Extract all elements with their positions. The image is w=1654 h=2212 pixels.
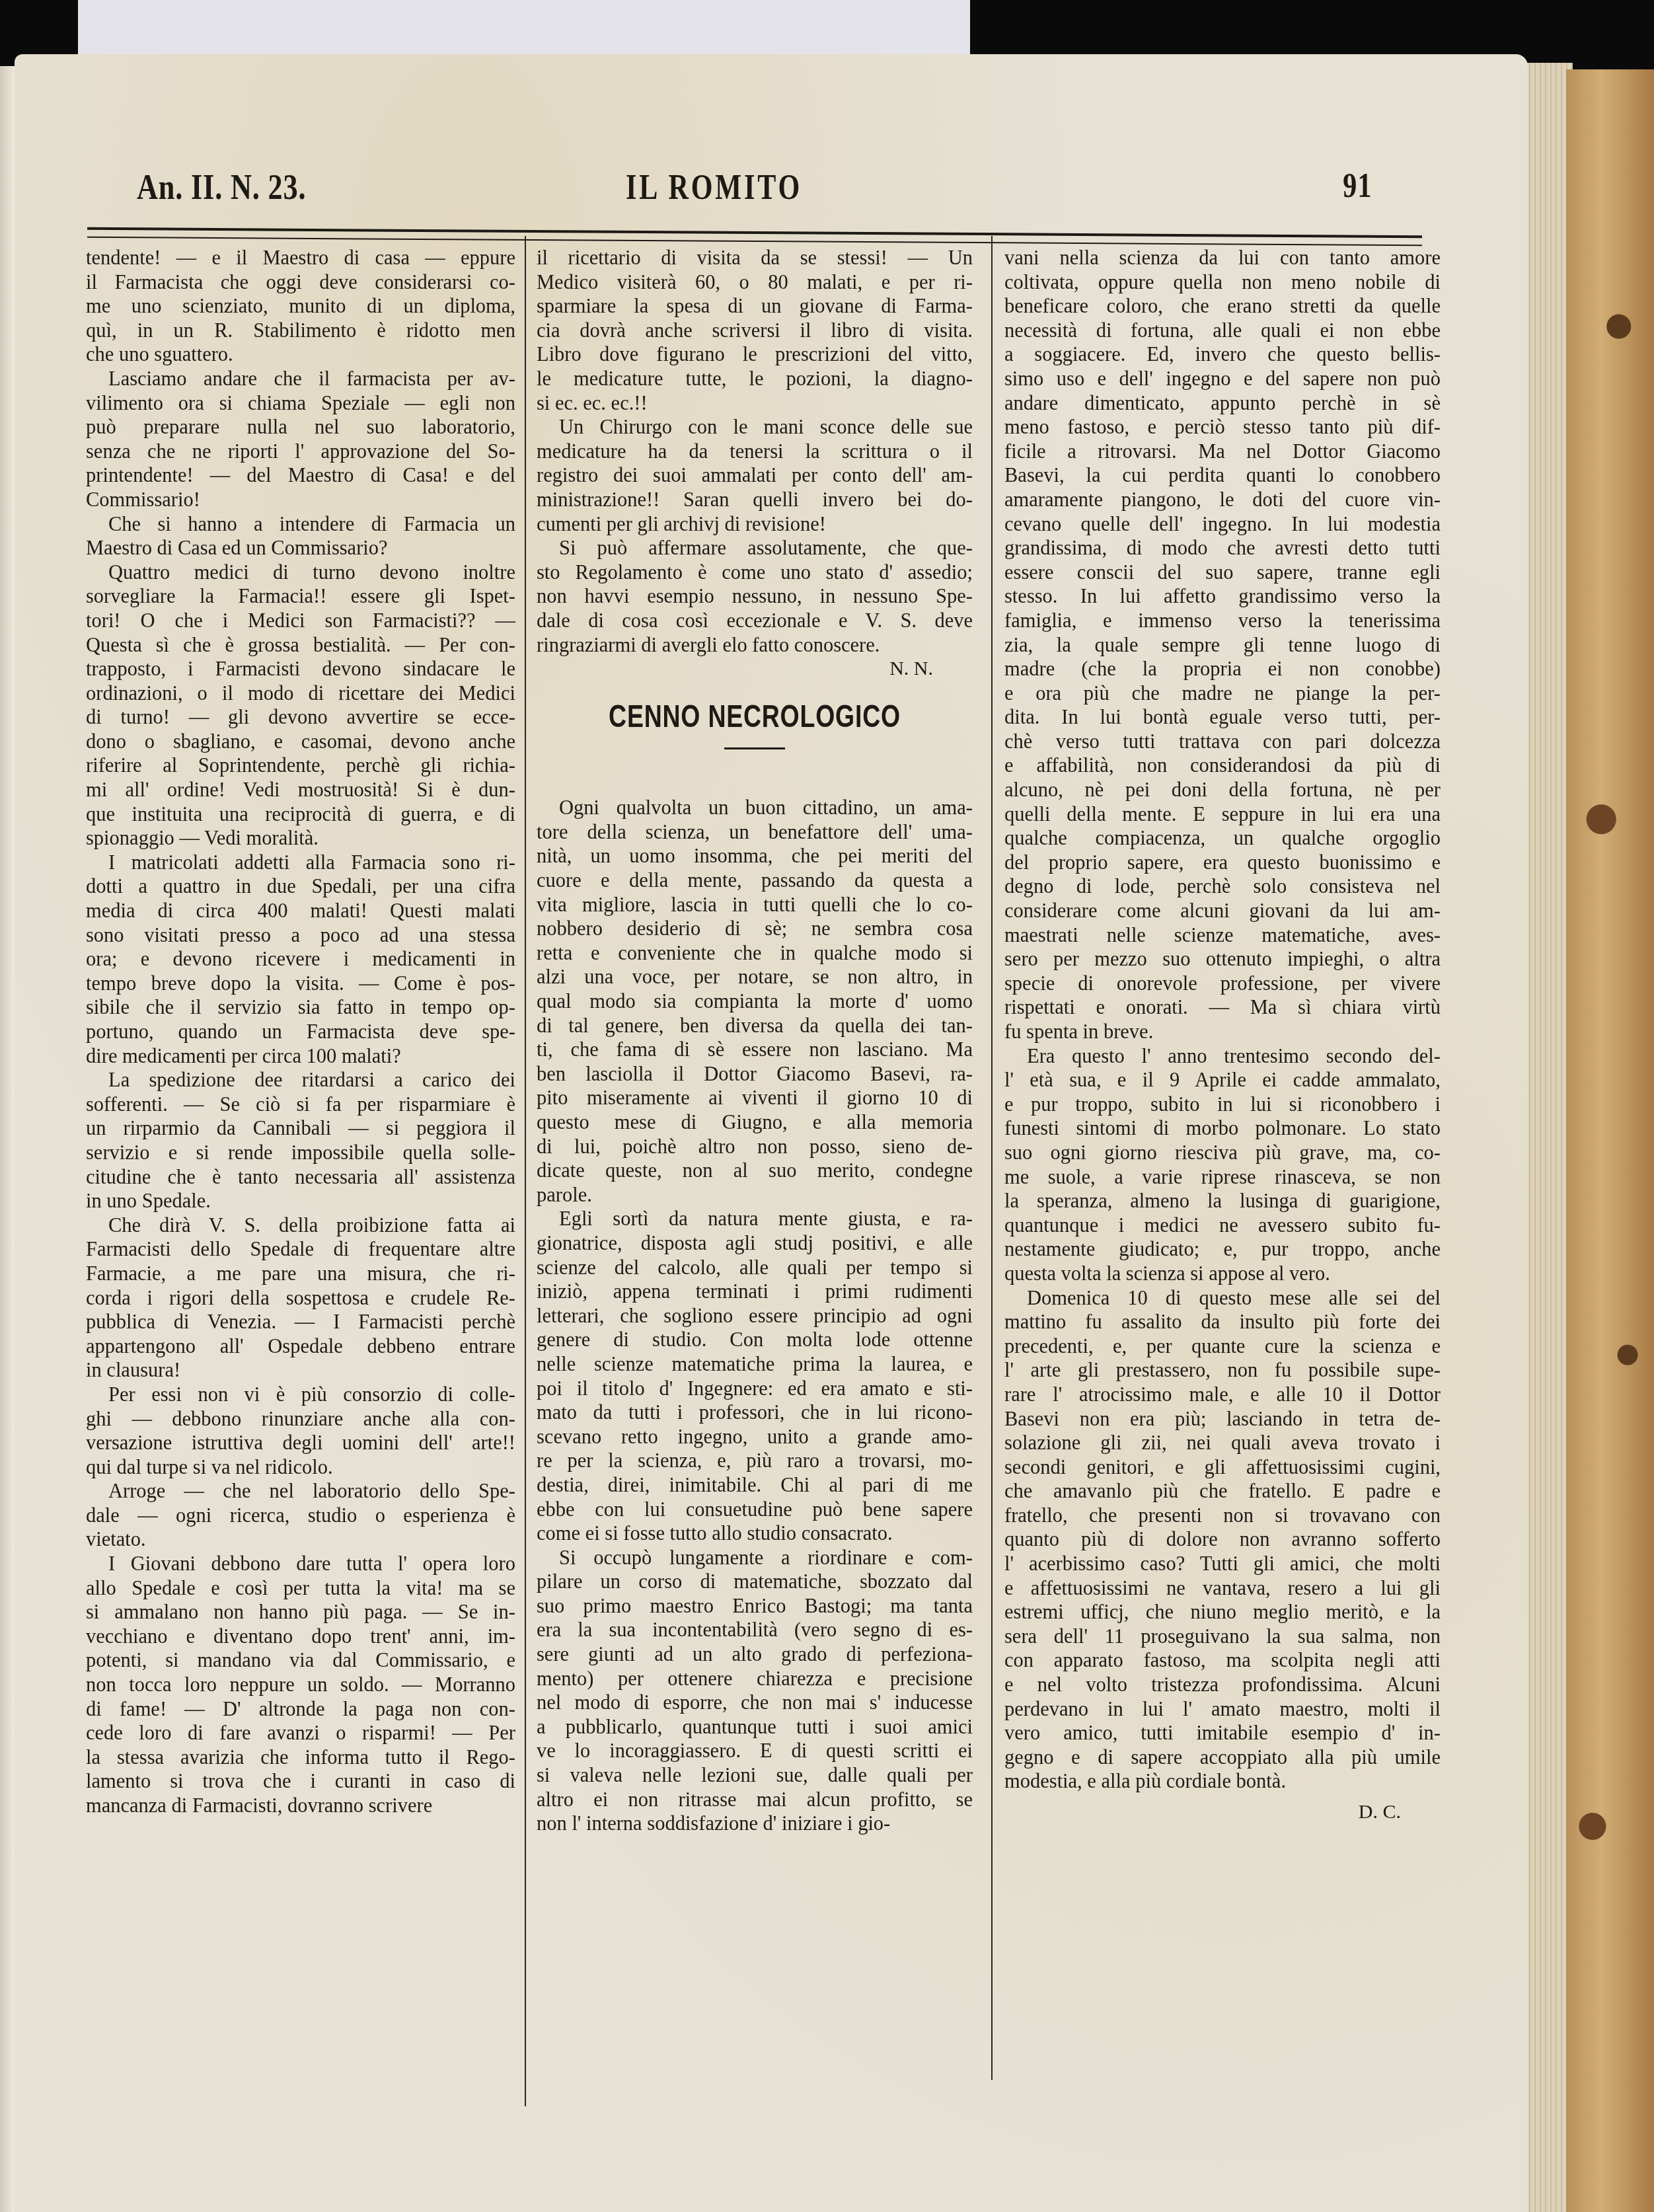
text-line: ben lasciolla il Dottor Giacomo Basevi, … (537, 1062, 973, 1087)
text-line: scevano retto ingegno, unito a grande am… (537, 1425, 973, 1449)
paragraph: I matricolati addetti alla Farmacia sono… (86, 851, 515, 1068)
paragraph: Era questo l' anno trentesimo secondo de… (1004, 1044, 1441, 1286)
letter-signature: N. N. (537, 657, 973, 681)
text-line: coltivata, oppure quella non meno nobile… (1004, 270, 1441, 295)
book-binding (1566, 69, 1654, 2212)
text-line: portuno, quando un Farmacista deve spe- (86, 1020, 515, 1044)
text-line: Basevi, la cui perdita quanti lo conobbe… (1004, 463, 1441, 488)
text-line: ve lo incoraggiassero. E di questi scrit… (537, 1739, 973, 1763)
text-line: appartengono all' Ospedale debbeno entra… (86, 1334, 515, 1359)
page-stack-edges (1520, 63, 1573, 2212)
heading-rule (724, 747, 785, 749)
column-middle: il ricettario di visita da se stessi! — … (537, 246, 973, 1836)
text-line: trapposto, i Farmacisti devono sindacare… (86, 657, 515, 681)
text-line: ghi — debbono rinunziare anche alla con- (86, 1407, 515, 1431)
text-line: chè verso tutti trattava con pari dolcez… (1004, 730, 1441, 754)
text-line: sparmiare la spesa di un giovane di Farm… (537, 294, 973, 319)
text-line: stesso. In lui affetto grandissimo verso… (1004, 584, 1441, 609)
paragraph: tendente! — e il Maestro di casa — eppur… (86, 246, 515, 367)
text-line: la stessa avarizia che informa tutto il … (86, 1745, 515, 1770)
text-line: perdevano in lui l' amato maestro, molti… (1004, 1697, 1441, 1722)
text-line: vani nella scienza da lui con tanto amor… (1004, 246, 1441, 270)
text-line: di lui, poichè altro non posso, sieno de… (537, 1135, 973, 1159)
obituary-body: Ogni qualvolta un buon cittadino, un ama… (537, 796, 973, 1836)
text-line: lamento si trova che i curanti in caso d… (86, 1769, 515, 1794)
text-line: la speranza, almeno la lusinga di guarig… (1004, 1189, 1441, 1213)
text-line: sero per mezzo suo ottenuto impieghi, o … (1004, 947, 1441, 972)
text-line: sto Regolamento è come uno stato d' asse… (537, 560, 973, 585)
text-line: altro ei non ritrasse mai alcun profitto… (537, 1788, 973, 1812)
text-line: nità, un uomo insomma, che pei meriti de… (537, 844, 973, 868)
text-line: me uno scienziato, munito di un diploma, (86, 294, 515, 319)
paragraph: Lasciamo andare che il farmacista per av… (86, 367, 515, 512)
text-line: dita. In lui bontà eguale verso tutti, p… (1004, 705, 1441, 730)
header-double-rule (87, 227, 1422, 246)
text-line: beneficare coloro, che erano stretti da … (1004, 294, 1441, 319)
paragraph: I Giovani debbono dare tutta l' opera lo… (86, 1552, 515, 1818)
text-line: in clausura! (86, 1358, 515, 1383)
text-line: que instituita una reciprocità di guerra… (86, 802, 515, 827)
text-line: l' arte gli prestassero, non fu possibil… (1004, 1358, 1441, 1383)
text-line: retta e conveniente che in qualche modo … (537, 941, 973, 966)
text-line: Commissario! (86, 488, 515, 512)
text-line: andare dimenticato, appunto perchè in sè (1004, 391, 1441, 416)
text-line: essere conscii del suo sapere, tranne eg… (1004, 560, 1441, 585)
text-line: Basevi non era più; lasciando in tetra d… (1004, 1407, 1441, 1431)
text-line: madre (che la propria ei non conobbe) (1004, 657, 1441, 681)
text-line: di tal genere, ben diversa da quella dei… (537, 1014, 973, 1038)
text-line: mi all' ordine! Vedi mostruosità! Si è d… (86, 778, 515, 802)
paragraph: Un Chirurgo con le mani sconce delle sue… (537, 415, 973, 536)
text-line: l' età sua, e il 9 Aprile ei cadde ammal… (1004, 1068, 1441, 1092)
text-line: medicature ha da tenersi la scrittura o … (537, 439, 973, 464)
paragraph: Egli sortì da natura mente giusta, e ra-… (537, 1207, 973, 1545)
paragraph: Per essi non vi è più consorzio di colle… (86, 1383, 515, 1479)
letter-conclusion: il ricettario di visita da se stessi! — … (537, 246, 973, 657)
text-line: tempo breve dopo la visita. — Come è pos… (86, 972, 515, 996)
text-line: specie di onorevole professione, per viv… (1004, 972, 1441, 996)
text-line: La spedizione dee ritardarsi a carico de… (86, 1068, 515, 1092)
text-line: l' acerbissimo caso? Tutti gli amici, ch… (1004, 1552, 1441, 1576)
page-number: 91 (1343, 167, 1372, 206)
text-line: Che dirà V. S. della proibizione fatta a… (86, 1213, 515, 1238)
text-line: vita migliore, lascia in tutti quelli ch… (537, 893, 973, 917)
text-line: precedenti, e, per quante cure la scienz… (1004, 1334, 1441, 1359)
text-line: sere giunti ad un alto grado di perfezio… (537, 1642, 973, 1667)
text-line: meno fastoso, e perciò stesso tanto più … (1004, 415, 1441, 439)
text-line: qualche compiacenza, un qualche orgoglio (1004, 826, 1441, 851)
text-line: solazione gli zii, nei quali aveva trova… (1004, 1431, 1441, 1455)
text-line: Domenica 10 di questo mese alle sei del (1004, 1286, 1441, 1311)
text-line: un rirparmio da Cannibali — si peggiora … (86, 1116, 515, 1141)
text-line: Libro dove figurano le prescrizioni del … (537, 342, 973, 367)
text-line: tendente! — e il Maestro di casa — eppur… (86, 246, 515, 270)
text-line: cuore e della mente, passando da questa … (537, 868, 973, 893)
column-divider-right (991, 236, 993, 2080)
text-line: tore della scienza, un benefattore dell'… (537, 820, 973, 845)
newspaper-page: An. II. N. 23. IL ROMITO 91 tendente! — … (15, 54, 1528, 2212)
text-line: iniziò, appena terminati i primi rudimen… (537, 1279, 973, 1304)
previous-page-edge (0, 66, 15, 2212)
text-line: vero amico, tutti imitabile esempio d' i… (1004, 1721, 1441, 1745)
text-line: si valeva nelle lezioni sue, dalle quali… (537, 1763, 973, 1788)
column-left: tendente! — e il Maestro di casa — eppur… (86, 246, 515, 1818)
text-line: ebbe con lui consuetudine può bene saper… (537, 1498, 973, 1522)
text-line: di fame! — D' altronde la paga non con- (86, 1697, 515, 1722)
text-line: spionaggio — Vedi moralità. (86, 826, 515, 851)
masthead: An. II. N. 23. IL ROMITO 91 (137, 167, 1392, 213)
paragraph: Che si hanno a intendere di Farmacia unM… (86, 512, 515, 560)
text-line: famiglia, e immenso verso la tenerissima (1004, 609, 1441, 633)
text-line: Un Chirurgo con le mani sconce delle sue (537, 415, 973, 439)
text-line: cumenti per gli archivj di revisione! (537, 512, 973, 537)
text-line: con apparato fastoso, ma scolpita negli … (1004, 1648, 1441, 1673)
text-line: fu spenta in breve. (1004, 1020, 1441, 1044)
text-line: ministrazione!! Saran quelli invero bei … (537, 488, 973, 512)
text-line: quantunque i medici ne avessero subito f… (1004, 1213, 1441, 1238)
text-line: gegno e di sapere accoppiato alla più um… (1004, 1745, 1441, 1770)
text-line: allo Spedale e così per tutta la vita! m… (86, 1576, 515, 1601)
text-line: dotti a quattro in due Spedali, per una … (86, 874, 515, 899)
text-line: dale — ogni ricerca, studio o esperienza… (86, 1504, 515, 1528)
obituary-continuation: vani nella scienza da lui con tanto amor… (1004, 246, 1441, 1794)
text-line: pilare un corso di matematiche, sbozzato… (537, 1570, 973, 1594)
text-line: il ricettario di visita da se stessi! — … (537, 246, 973, 270)
text-line: Farmacisti dello Spedale di frequentare … (86, 1237, 515, 1262)
text-line: questa volta la scienza si appose al ver… (1004, 1262, 1441, 1286)
text-line: pubblica di Venezia. — I Farmacisti perc… (86, 1310, 515, 1334)
text-line: le medicature tutte, le pozioni, la diag… (537, 367, 973, 391)
text-line: suo ogni giorno riesciva più grave, ma, … (1004, 1141, 1441, 1165)
text-line: il Farmacista che oggi deve considerarsi… (86, 270, 515, 295)
text-line: maestrati nelle scienze matematiche, ave… (1004, 923, 1441, 948)
text-line: mato da tutti i professori, che in lui r… (537, 1400, 973, 1425)
text-line: riferire al Soprintendente, perchè gli r… (86, 753, 515, 778)
text-line: alzi una voce, per notare, se non altro,… (537, 965, 973, 989)
text-line: ringraziarmi di avergli elo fatto conosc… (537, 633, 973, 658)
text-line: Era questo l' anno trentesimo secondo de… (1004, 1044, 1441, 1069)
text-line: sofferenti. — Se ciò si fa per risparmia… (86, 1092, 515, 1117)
obituary-signature: D. C. (1004, 1800, 1441, 1825)
text-line: dono o sbagliano, e casomai, devono anch… (86, 730, 515, 754)
text-line: modestia, e alla più cordiale bontà. (1004, 1769, 1441, 1794)
text-line: corda i rigori della sospettosa e crudel… (86, 1286, 515, 1311)
text-line: ti, che fama di sè essere non lasciano. … (537, 1038, 973, 1062)
paragraph: Arroge — che nel laboratorio dello Spe-d… (86, 1479, 515, 1552)
text-line: senza che ne riporti l' approvazione del… (86, 439, 515, 464)
text-line: servizio e si rende impossibile quella s… (86, 1141, 515, 1165)
text-line: Maestro di Casa ed un Commissario? (86, 536, 515, 560)
text-line: nelle scienze matematiche prima la laure… (537, 1352, 973, 1377)
text-line: nobbero desiderio di sè; ne sembra cosa (537, 917, 973, 941)
text-line: mattino fu assalito da insulto più forte… (1004, 1310, 1441, 1334)
text-line: estremi ufficj, che niuno meglio meritò,… (1004, 1600, 1441, 1624)
text-line: letterari, che sogliono essere principio… (537, 1304, 973, 1328)
text-line: Medico visiterà 60, o 80 malati, e per r… (537, 270, 973, 295)
text-line: che amavanlo più che fratello. E padre e (1004, 1479, 1441, 1504)
text-line: Che si hanno a intendere di Farmacia un (86, 512, 515, 537)
text-line: rare l' atrocissimo male, e alle 10 il D… (1004, 1383, 1441, 1407)
text-line: non l' interna soddisfazione d' iniziare… (537, 1812, 973, 1836)
paragraph: Si occupò lungamente a riordinare e com-… (537, 1546, 973, 1836)
column-divider-left (525, 236, 526, 2106)
text-line: rispettati e onorati. — Ma sì chiara vir… (1004, 995, 1441, 1020)
text-line: qui dal turpe si va nel ridicolo. (86, 1455, 515, 1480)
text-line: mancanza di Farmacisti, dovranno scriver… (86, 1794, 515, 1818)
text-line: Arroge — che nel laboratorio dello Spe- (86, 1479, 515, 1504)
column-right: vani nella scienza da lui con tanto amor… (1004, 246, 1441, 1825)
text-line: e affabilità, non considerandosi da più … (1004, 753, 1441, 778)
text-line: funesti sintomi di morbo polmonare. Lo s… (1004, 1116, 1441, 1141)
text-line: del proprio sapere, era questo buonissim… (1004, 851, 1441, 875)
text-line: dale di cosa così eccezionale e V. S. de… (537, 609, 973, 633)
text-line: può preparare nulla nel suo laboratorio, (86, 415, 515, 439)
text-line: Per essi non vi è più consorzio di colle… (86, 1383, 515, 1407)
text-line: non havvi esempio nessuno, in nessuno Sp… (537, 584, 973, 609)
paragraph: Domenica 10 di questo mese alle sei delm… (1004, 1286, 1441, 1794)
text-line: registro dei suoi ammalati per conto del… (537, 463, 973, 488)
text-line: cevano quelle dell' ingegno. In lui mode… (1004, 512, 1441, 537)
text-line: simo uso e dell' ingegno e del sapere no… (1004, 367, 1441, 391)
text-line: ficile a ritrovarsi. Ma nel Dottor Giaco… (1004, 439, 1441, 464)
text-line: tori! O che i Medici son Farmacisti?? — (86, 609, 515, 633)
text-line: potenti, si mandano via dal Commissario,… (86, 1648, 515, 1673)
text-line: necessità di fortuna, alle quali ei non … (1004, 319, 1441, 343)
text-line: sorvegliare la Farmacia!! essere gli Isp… (86, 584, 515, 609)
text-line: quanto più di dolore non avranno soffert… (1004, 1527, 1441, 1552)
newspaper-title: IL ROMITO (626, 167, 802, 208)
text-line: era la sua incontentabilità (vero segno … (537, 1618, 973, 1642)
text-line: mento) per ottenere chiarezza e precisio… (537, 1667, 973, 1691)
text-line: questo mese di Giugno, e alla memoria (537, 1110, 973, 1135)
text-line: quelli della mente. E seppure in lui era… (1004, 802, 1441, 827)
text-line: sera dell' 11 proseguivano la sua salma,… (1004, 1624, 1441, 1649)
text-line: vilimento ora si chiama Speziale — egli … (86, 391, 515, 416)
text-line: scienze del calcolo, alle quali per temp… (537, 1256, 973, 1280)
text-line: degno di lode, perchè solo consisteva ne… (1004, 874, 1441, 899)
text-line: e pur troppo, subito in lui si riconobbe… (1004, 1092, 1441, 1117)
text-line: e ora più che madre ne piange la per- (1004, 681, 1441, 706)
text-line: nel modo di esporre, che non mai s' indu… (537, 1691, 973, 1715)
text-line: non tocca loro neppure un soldo. — Morra… (86, 1673, 515, 1697)
text-line: me suole, a varie riprese rinasceva, se … (1004, 1165, 1441, 1190)
text-line: cede loro di fare avanzi o risparmi! — P… (86, 1721, 515, 1745)
text-line: cia dovrà anche scriversi il libro di vi… (537, 319, 973, 343)
text-line: Lasciamo andare che il farmacista per av… (86, 367, 515, 391)
text-line: Ogni qualvolta un buon cittadino, un ama… (537, 796, 973, 820)
text-line: citudine che è tanto necessaria all' ass… (86, 1165, 515, 1190)
text-line: media di circa 400 malati! Questi malati (86, 899, 515, 923)
paragraph: Si può affermare assolutamente, che que-… (537, 536, 973, 657)
text-line: parole. (537, 1183, 973, 1207)
text-line: alcuno, nè pei doni della fortuna, nè pe… (1004, 778, 1441, 802)
text-line: e affettuosissimi ne vantava, resero a l… (1004, 1576, 1441, 1601)
text-line: a pubblicarlo, quantunque tutti i suoi a… (537, 1715, 973, 1739)
text-line: Egli sortì da natura mente giusta, e ra- (537, 1207, 973, 1231)
text-line: fratello, che presenti non si trovavano … (1004, 1504, 1441, 1528)
text-line: genere di studio. Con molta lode ottenne (537, 1328, 973, 1352)
issue-number: An. II. N. 23. (137, 167, 306, 208)
text-line: poi il titolo d' Ingegnere: ed era amato… (537, 1377, 973, 1401)
text-line: re per la scienza, e, più raro a trovars… (537, 1449, 973, 1473)
paragraph: Quattro medici di turno devono inoltreso… (86, 560, 515, 851)
text-line: dire medicamenti per circa 100 malati? (86, 1044, 515, 1069)
text-line: I matricolati addetti alla Farmacia sono… (86, 851, 515, 875)
paragraph: La spedizione dee ritardarsi a carico de… (86, 1068, 515, 1213)
text-line: che uno sguattero. (86, 342, 515, 367)
text-line: come ei si fosse tutto allo studio consa… (537, 1521, 973, 1546)
text-line: Si può affermare assolutamente, che que- (537, 536, 973, 560)
text-line: grandissima, di modo che avresti detto t… (1004, 536, 1441, 560)
text-line: sono visitati presso a poco ad una stess… (86, 923, 515, 948)
text-line: vietato. (86, 1527, 515, 1552)
background-sheet (78, 0, 970, 63)
text-line: ora; e devono ricevere i medicamenti in (86, 947, 515, 972)
text-line: Quattro medici di turno devono inoltre (86, 560, 515, 585)
text-line: printendente! — del Maestro di Casa! e d… (86, 463, 515, 488)
text-line: a soggiacere. Ed, invero che questo bell… (1004, 342, 1441, 367)
text-line: quì, in un R. Stabilimento è ridotto men (86, 319, 515, 343)
text-line: suo primo maestro Enrico Bastogi; ma tan… (537, 1594, 973, 1619)
text-line: di turno! — gli devono avvertire se ecce… (86, 705, 515, 730)
text-line: si ammalano non hanno più paga. — Se in- (86, 1600, 515, 1624)
paragraph: Che dirà V. S. della proibizione fatta a… (86, 1213, 515, 1383)
text-line: considerare come alcuni giovani da lui a… (1004, 899, 1441, 923)
paragraph: vani nella scienza da lui con tanto amor… (1004, 246, 1441, 1044)
text-line: pito miseramente ai viventi il giorno 10… (537, 1086, 973, 1110)
text-line: in uno Spedale. (86, 1189, 515, 1213)
text-line: Questa sì che è grossa bestialità. — Per… (86, 633, 515, 658)
text-line: Si occupò lungamente a riordinare e com- (537, 1546, 973, 1570)
text-line: versazione istruttiva degli uomini dell'… (86, 1431, 515, 1455)
text-line: gionatrice, disposta agli studj positivi… (537, 1231, 973, 1256)
text-line: secondi genitori, e gli affettuosissimi … (1004, 1455, 1441, 1480)
text-line: amaramente piangono, le doti del cuore v… (1004, 488, 1441, 512)
paragraph: Ogni qualvolta un buon cittadino, un ama… (537, 796, 973, 1207)
paragraph: il ricettario di visita da se stessi! — … (537, 246, 973, 415)
text-line: Farmacie, a me pare una misura, che ri- (86, 1262, 515, 1286)
text-line: nestamente giudicato; e, pur troppo, anc… (1004, 1237, 1441, 1262)
text-line: vecchiano e diventano dopo trent' anni, … (86, 1624, 515, 1649)
section-heading: CENNO NECROLOGICO (585, 705, 925, 730)
text-line: sibile che il servizio sia fatto in temp… (86, 995, 515, 1020)
text-line: zia, la quale sempre gli tenne luogo di (1004, 633, 1441, 658)
text-line: dicate queste, non al suo merito, condeg… (537, 1159, 973, 1183)
text-line: si ec. ec. ec.!! (537, 391, 973, 416)
text-line: e nel volto tristezza profondissima. Alc… (1004, 1673, 1441, 1697)
text-line: qual modo sia compianta la morte d' uomo (537, 989, 973, 1014)
text-line: I Giovani debbono dare tutta l' opera lo… (86, 1552, 515, 1576)
text-line: destia, direi, inimitabile. Chi al pari … (537, 1473, 973, 1498)
text-line: ordinazioni, o il modo di ricettare dei … (86, 681, 515, 706)
